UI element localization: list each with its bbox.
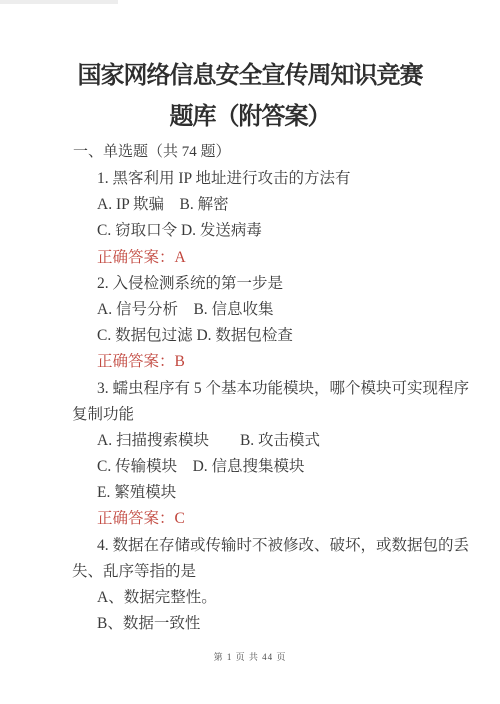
option-line: A、数据完整性。	[72, 585, 466, 611]
document-title: 国家网络信息安全宣传周知识竞赛 题库（附答案）	[0, 56, 500, 138]
scan-artifact-strip	[0, 0, 118, 4]
answer-line: 正确答案：C	[72, 506, 466, 532]
option-line: A. IP 欺骗 B. 解密	[72, 192, 466, 218]
section-heading: 一、单选题（共 74 题）	[73, 143, 231, 161]
option-line: C. 数据包过滤 D. 数据包检查	[72, 323, 466, 349]
title-line-2: 题库（附答案）	[0, 97, 500, 138]
option-line: E. 繁殖模块	[72, 480, 466, 506]
question-line: 2. 入侵检测系统的第一步是	[72, 271, 466, 297]
page-number: 第 1 页 共 44 页	[0, 650, 500, 663]
answer-line: 正确答案：A	[72, 245, 466, 271]
document-page: 国家网络信息安全宣传周知识竞赛 题库（附答案） 一、单选题（共 74 题） 1.…	[0, 0, 500, 704]
option-line: A. 扫描搜索模块 B. 攻击模式	[72, 428, 466, 454]
option-line: A. 信号分析 B. 信息收集	[72, 297, 466, 323]
option-line: C. 窃取口令 D. 发送病毒	[72, 218, 466, 244]
question-line: 3. 蠕虫程序有 5 个基本功能模块，哪个模块可实现程序	[72, 376, 466, 402]
question-continuation-line: 复制功能	[72, 402, 466, 428]
question-list: 1. 黑客利用 IP 地址进行攻击的方法有A. IP 欺骗 B. 解密C. 窃取…	[72, 166, 466, 637]
option-line: B、数据一致性	[72, 611, 466, 637]
question-line: 1. 黑客利用 IP 地址进行攻击的方法有	[72, 166, 466, 192]
answer-line: 正确答案：B	[72, 349, 466, 375]
option-line: C. 传输模块 D. 信息搜集模块	[72, 454, 466, 480]
question-line: 4. 数据在存储或传输时不被修改、破坏，或数据包的丢	[72, 533, 466, 559]
question-continuation-line: 失、乱序等指的是	[72, 559, 466, 585]
title-line-1: 国家网络信息安全宣传周知识竞赛	[0, 56, 500, 97]
